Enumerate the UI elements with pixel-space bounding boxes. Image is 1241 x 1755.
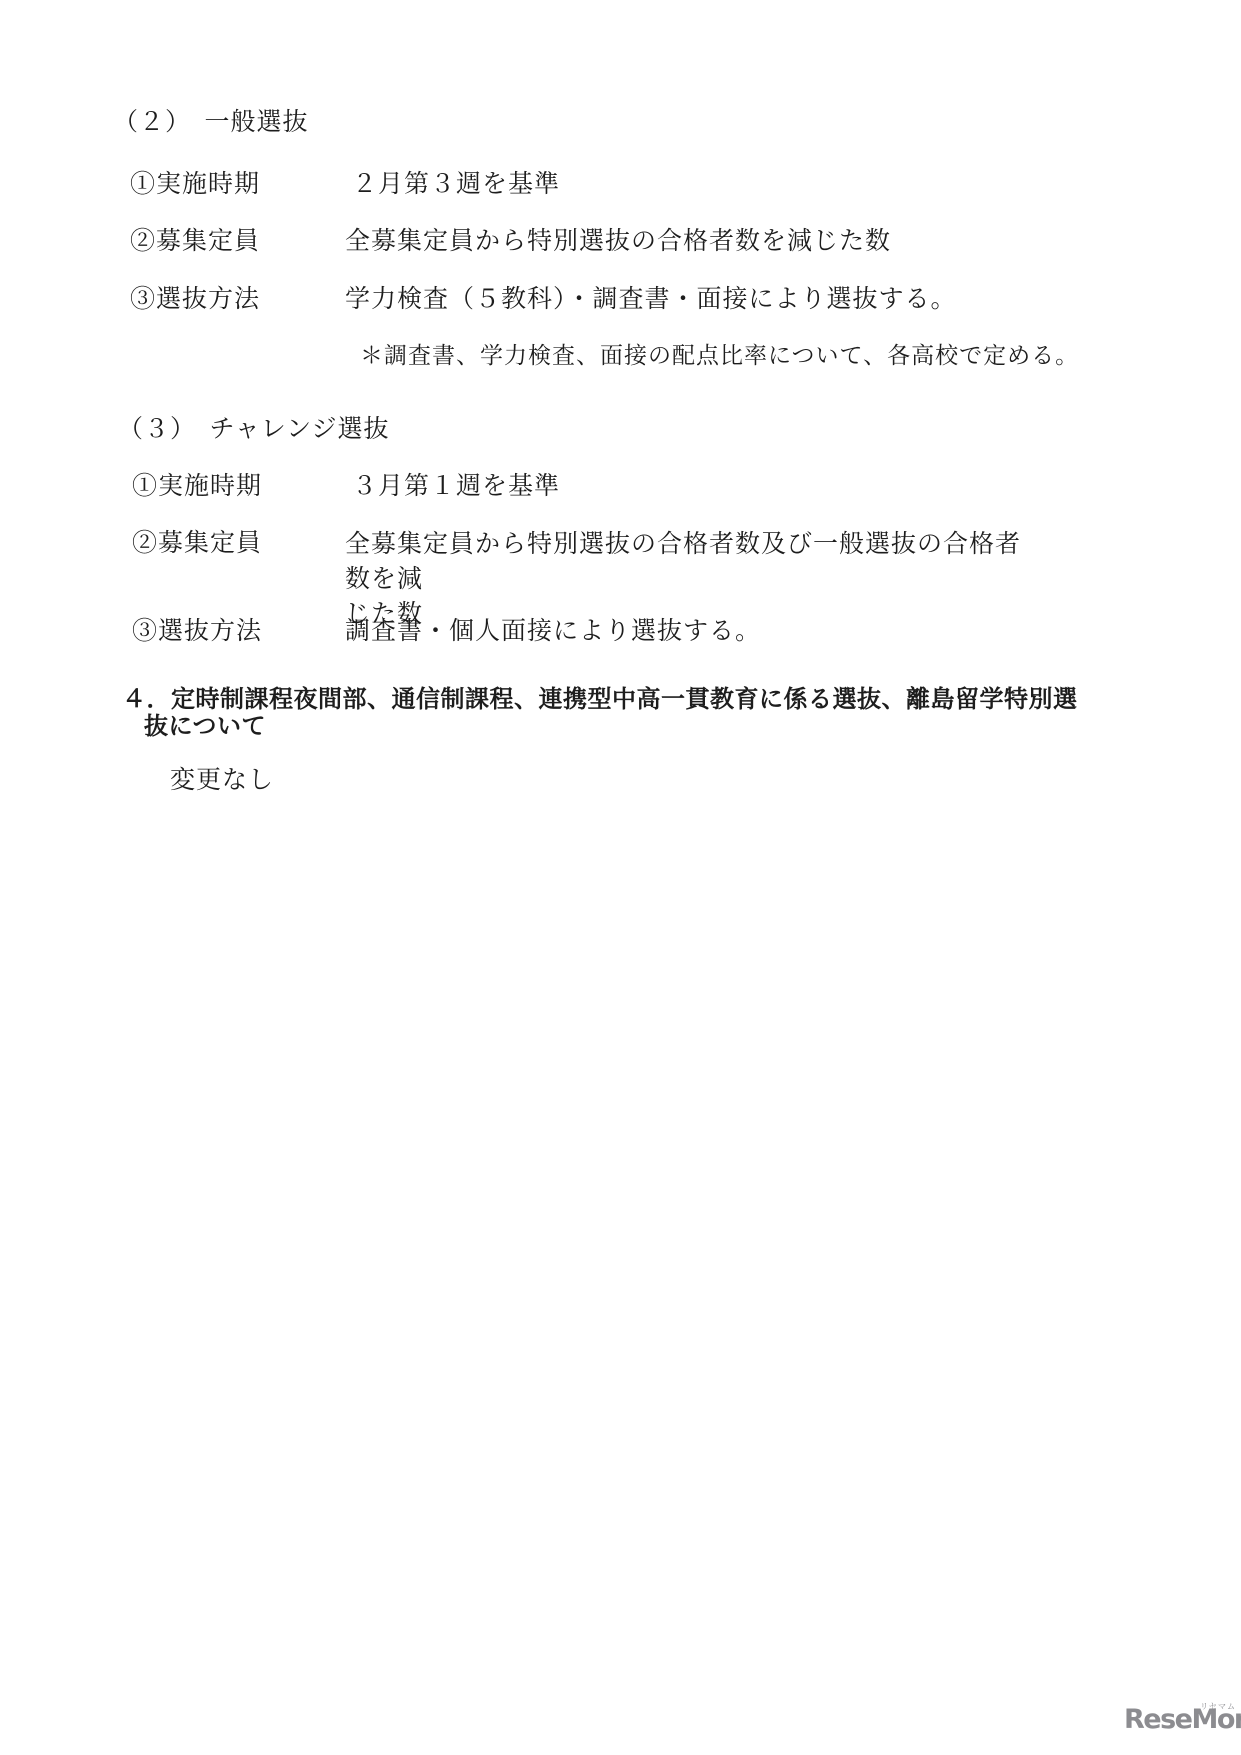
section3-item3-label: ③選抜方法	[132, 617, 262, 647]
section2-item1-content: ２月第３週を基準	[352, 170, 560, 200]
section2-item3-content: 学力検査（５教科）・調査書・面接により選抜する。	[345, 285, 957, 315]
section2-item3-label: ③選抜方法	[130, 285, 260, 315]
section3-heading: （３） チャレンジ選抜	[118, 415, 390, 445]
section3-item2-label: ②募集定員	[132, 529, 262, 559]
section4-body: 変更なし	[170, 766, 274, 796]
resemom-logo: リセマム ReseMom.	[1124, 1704, 1240, 1750]
section3-item2-content-line1: 全募集定員から特別選抜の合格者数及び一般選抜の合格者数を減	[345, 527, 1035, 597]
section4-heading-line2: 抜について	[144, 712, 266, 742]
section2-item2-label: ②募集定員	[130, 227, 260, 257]
section2-item1-label: ①実施時期	[130, 170, 260, 200]
section2-item2-content: 全募集定員から特別選抜の合格者数を減じた数	[345, 227, 891, 257]
section2-heading: （２） 一般選抜	[113, 108, 309, 138]
section3-item1-content: ３月第１週を基準	[352, 472, 560, 502]
document-page: （２） 一般選抜 ①実施時期 ２月第３週を基準 ②募集定員 全募集定員から特別選…	[0, 0, 1241, 1755]
section2-note: ＊調査書、学力検査、面接の配点比率について、各高校で定める。	[360, 341, 1079, 371]
resemom-logo-ruby: リセマム	[1200, 1701, 1236, 1712]
section3-item3-content: 調査書・個人面接により選抜する。	[345, 617, 761, 647]
section3-item1-label: ①実施時期	[132, 472, 262, 502]
section4-heading-line1: ４．定時制課程夜間部、通信制課程、連携型中高一貫教育に係る選抜、離島留学特別選	[122, 685, 1078, 715]
